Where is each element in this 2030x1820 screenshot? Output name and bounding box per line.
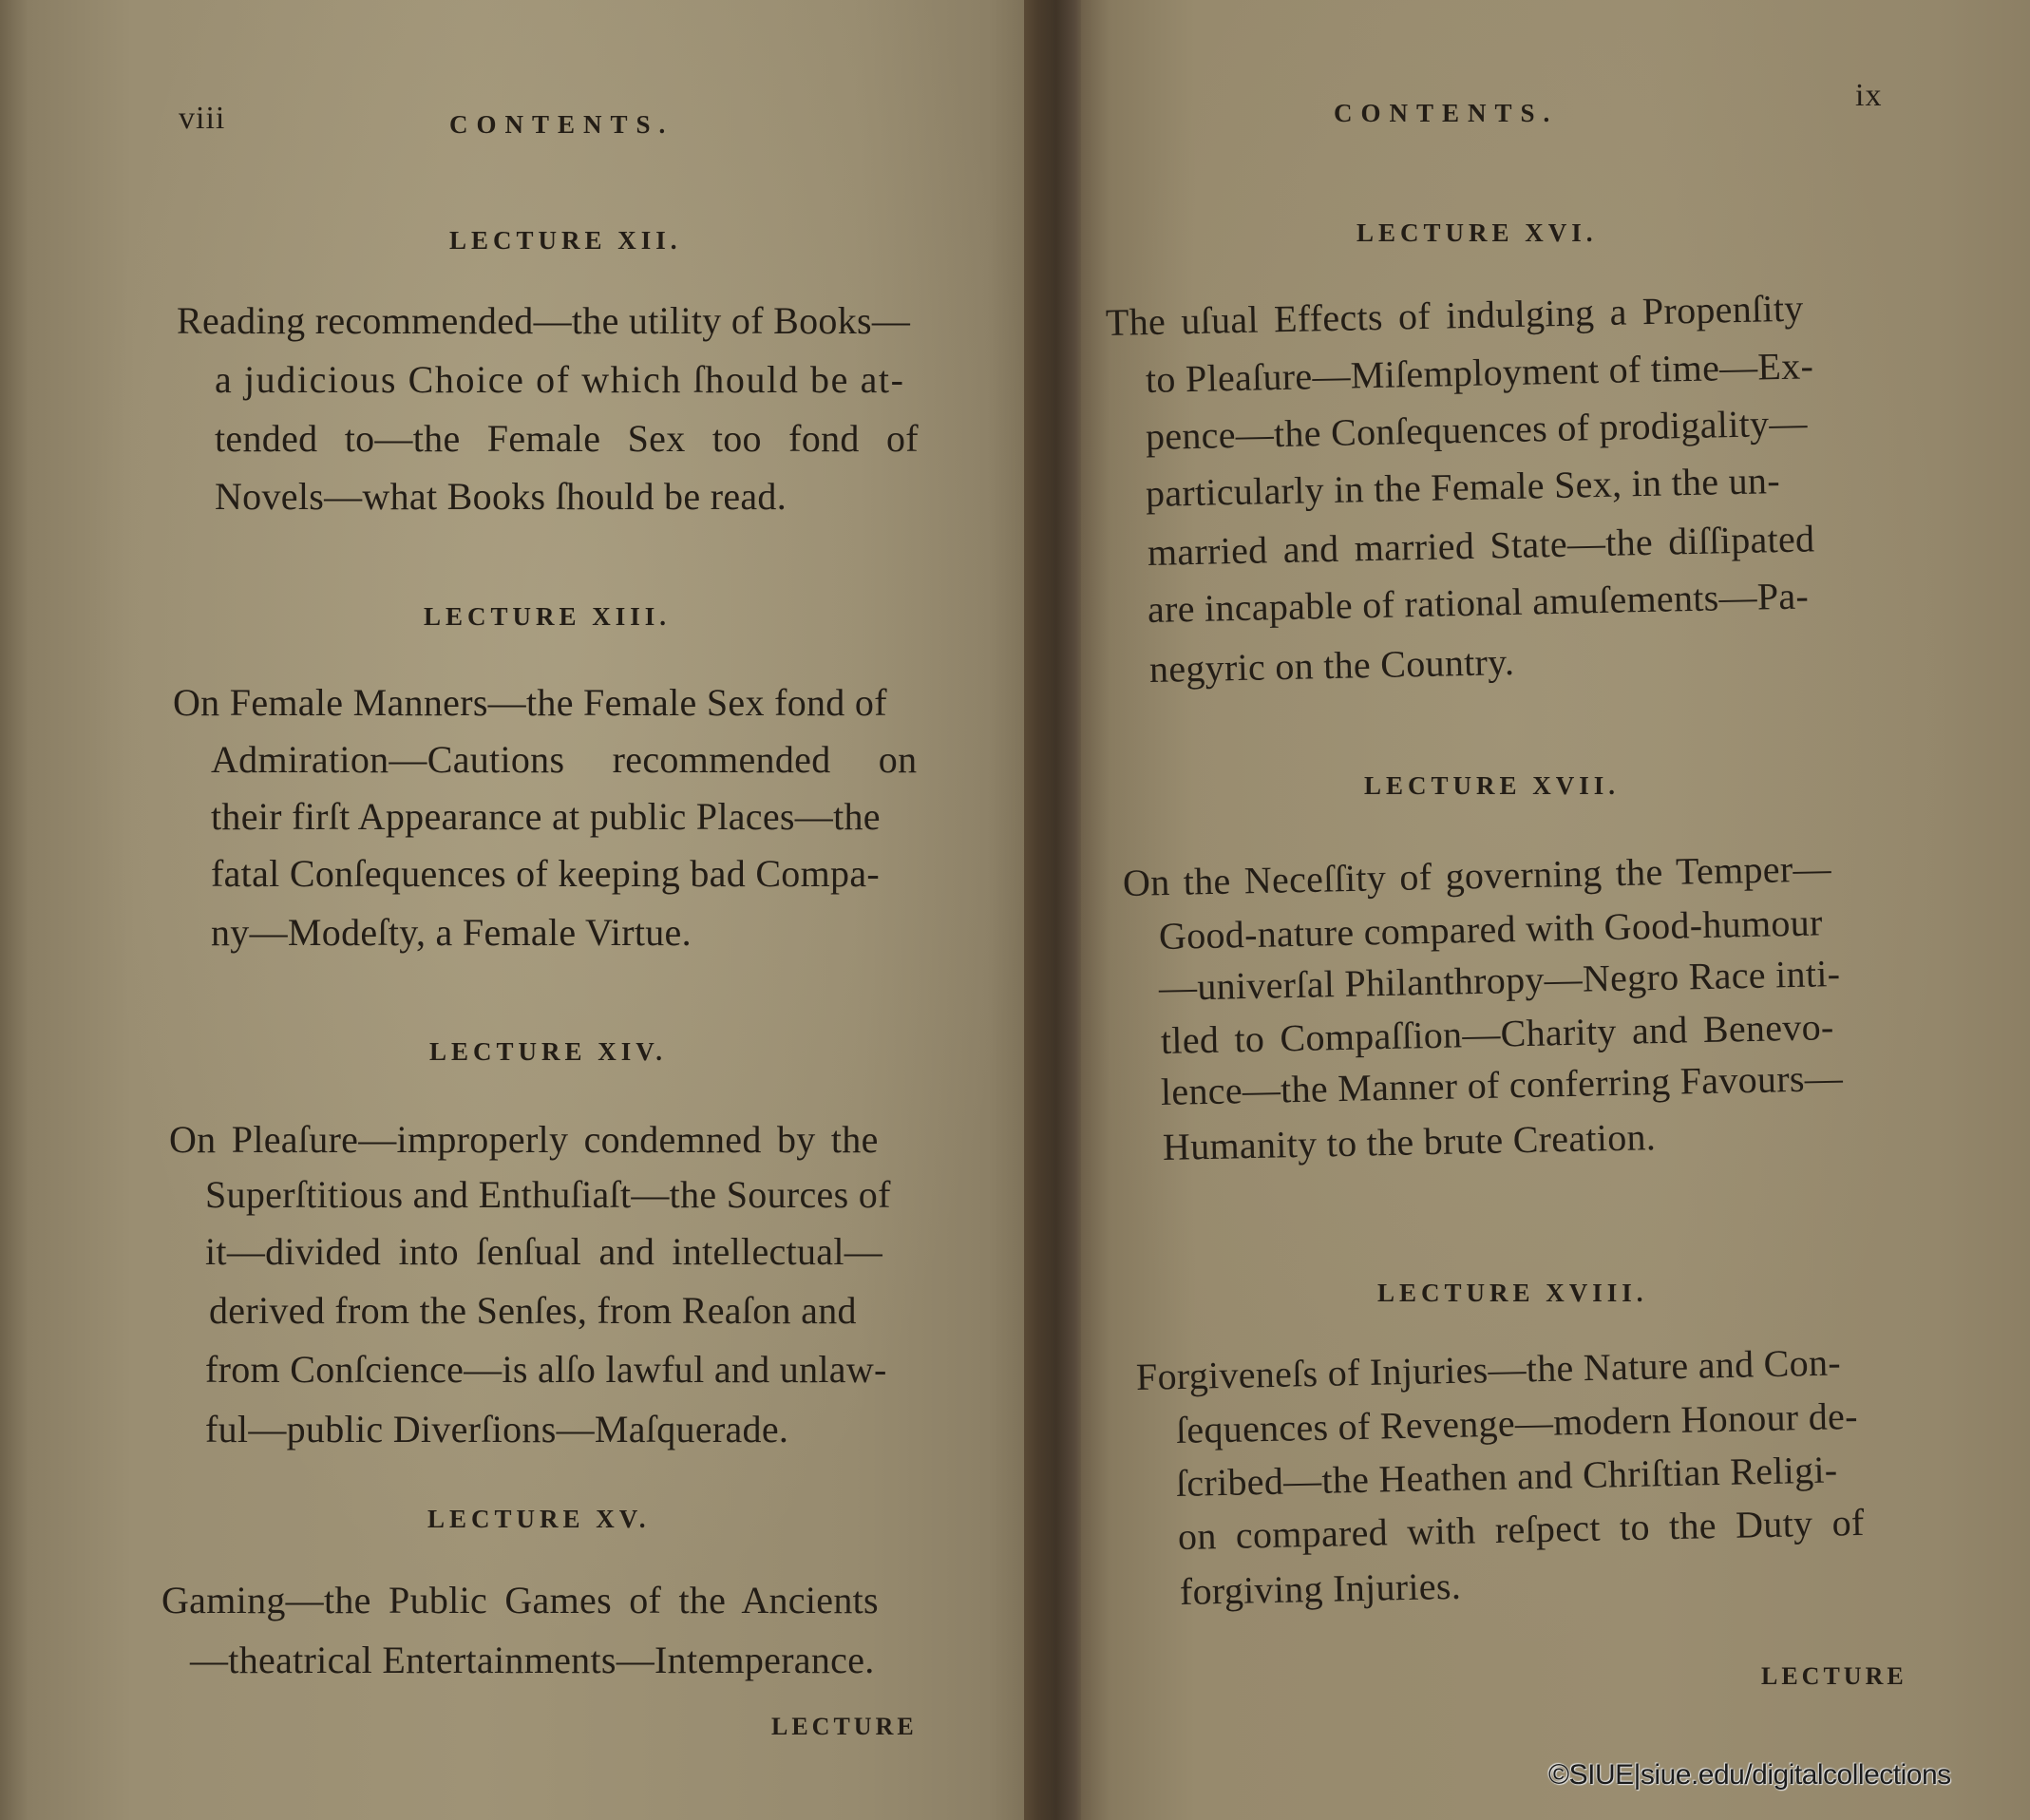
contents-line: lence—the Manner of conferring Favours— (1161, 1059, 1844, 1111)
left-page: viii CONTENTS. LECTURE XII. Reading reco… (0, 0, 1026, 1820)
contents-line: ny—Modeſty, a Female Virtue. (211, 914, 692, 952)
lecture-heading: LECTURE XII. (449, 228, 682, 254)
contents-line: on compared with reſpect to the Duty of (1178, 1504, 1865, 1556)
catchword: LECTURE (771, 1715, 918, 1739)
contents-line: ſequences of Revenge—modern Honour de- (1176, 1397, 1859, 1450)
book-spread: viii CONTENTS. LECTURE XII. Reading reco… (0, 0, 2030, 1820)
contents-line: fatal Conſequences of keeping bad Compa- (211, 855, 880, 893)
contents-line: tended to—the Female Sex too fond of (215, 420, 919, 458)
book-gutter (1024, 0, 1083, 1820)
contents-line: negyric on the Country. (1149, 643, 1515, 689)
contents-line: ſcribed—the Heathen and Chriſtian Religi… (1176, 1450, 1838, 1503)
contents-line: On the Neceſſity of governing the Temper… (1123, 849, 1832, 902)
contents-line: The uſual Effects of indulging a Propenſ… (1106, 290, 1804, 342)
lecture-heading: LECTURE XV. (427, 1507, 651, 1532)
contents-line: On Female Manners—the Female Sex fond of (173, 684, 887, 722)
contents-line: —univerſal Philanthropy—Negro Race inti- (1159, 955, 1841, 1007)
contents-line: Novels—what Books ſhould be read. (215, 478, 787, 516)
contents-line: married and married State—the diſſipated (1148, 520, 1815, 572)
contents-line: forgiving Injuries. (1180, 1567, 1462, 1611)
contents-line: particularly in the Female Sex, in the u… (1146, 462, 1781, 513)
lecture-heading: LECTURE XIV. (429, 1039, 667, 1065)
contents-line: from Conſcience—is alſo lawful and unlaw… (205, 1351, 887, 1389)
contents-line: a judicious Choice of which ſhould be at… (215, 361, 905, 399)
contents-line: Gaming—the Public Games of the Ancients (161, 1582, 879, 1620)
catchword: LECTURE (1761, 1664, 1907, 1689)
contents-line: —theatrical Entertainments—Intemperance. (190, 1641, 875, 1679)
contents-line: it—divided into ſenſual and intellectual… (205, 1233, 882, 1271)
contents-line: Good-nature compared with Good-humour (1159, 903, 1823, 956)
page-number-right: ix (1855, 80, 1882, 112)
contents-line: Humanity to the brute Creation. (1163, 1118, 1657, 1166)
page-number-left: viii (179, 103, 225, 135)
contents-line: Admiration—Cautions recommended on (211, 741, 917, 779)
running-head-right: CONTENTS. (1334, 101, 1558, 126)
copyright-watermark: ©SIUE|siue.edu/digitalcollections (1548, 1759, 1951, 1792)
lecture-heading: LECTURE XVI. (1356, 220, 1598, 246)
contents-line: to Pleaſure—Miſemployment of time—Ex- (1146, 347, 1814, 399)
contents-line: Reading recommended—the utility of Books… (177, 302, 910, 340)
lecture-heading: LECTURE XVII. (1364, 773, 1620, 799)
running-head-left: CONTENTS. (449, 112, 674, 138)
contents-line: their firſt Appearance at public Places—… (211, 798, 881, 836)
contents-line: ful—public Diverſions—Maſquerade. (205, 1411, 788, 1449)
contents-line: derived from the Senſes, from Reaſon and (209, 1292, 857, 1330)
contents-line: Forgiveneſs of Injuries—the Nature and C… (1136, 1343, 1842, 1396)
lecture-heading: LECTURE XIII. (424, 604, 671, 630)
contents-line: Superſtitious and Enthuſiaſt—the Sources… (205, 1176, 891, 1214)
contents-line: On Pleaſure—improperly condemned by the (169, 1121, 879, 1159)
contents-line: are incapable of rational amuſements—Pa- (1148, 577, 1810, 629)
contents-line: pence—the Conſequences of prodigality— (1146, 404, 1808, 456)
right-page: CONTENTS. ix LECTURE XVI. The uſual Effe… (1081, 0, 2030, 1820)
lecture-heading: LECTURE XVIII. (1377, 1280, 1648, 1306)
contents-line: tled to Compaſſion—Charity and Benevo- (1161, 1008, 1834, 1060)
